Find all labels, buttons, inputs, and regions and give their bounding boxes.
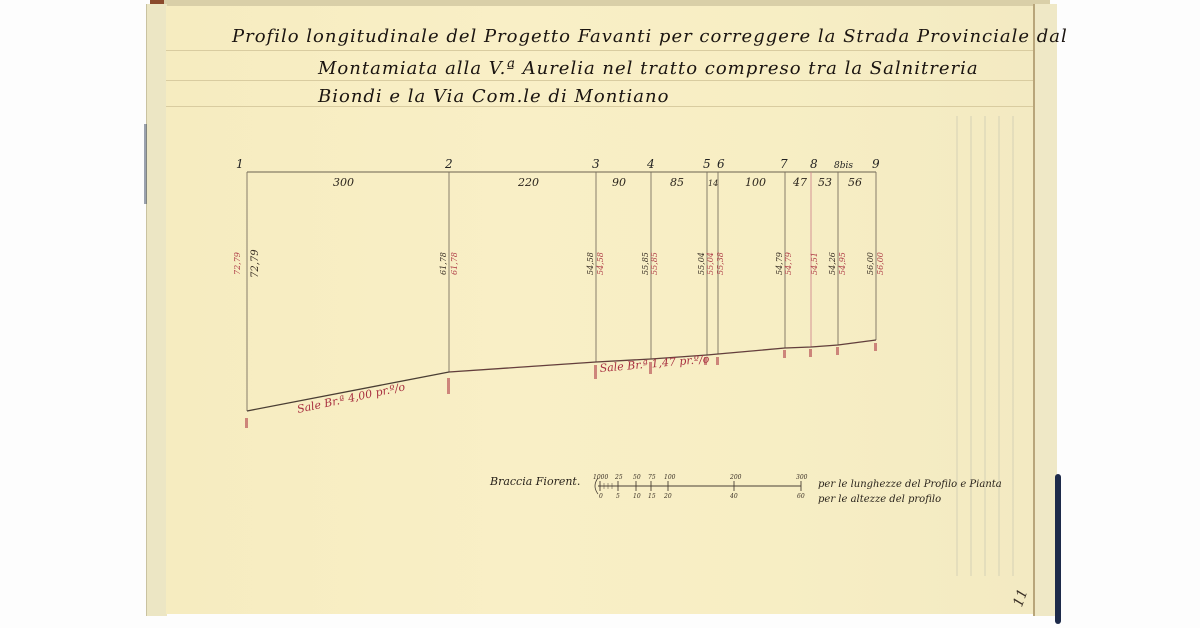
elevation-black: 72,79 bbox=[250, 249, 261, 278]
distance-label: 100 bbox=[745, 176, 766, 189]
distance-label: 47 bbox=[792, 176, 807, 189]
scale-legend-line-1: per le lunghezze del Profilo e Pianta bbox=[818, 479, 1002, 490]
elevation-black: 54,26 bbox=[828, 252, 837, 275]
distance-label: 220 bbox=[517, 176, 539, 189]
station-number: 5 bbox=[703, 157, 711, 171]
elevation-black: 55,85 bbox=[641, 252, 650, 275]
elevation-black: 54,79 bbox=[775, 252, 784, 275]
scale-tick-top: 25 bbox=[614, 474, 623, 481]
scale-tick-top: 75 bbox=[648, 474, 656, 481]
station-number: 9 bbox=[872, 157, 880, 171]
elevation-red: 56,00 bbox=[876, 252, 885, 275]
distance-label: 53 bbox=[818, 176, 832, 189]
elevation-red: 55,85 bbox=[650, 252, 659, 275]
scale-tick-bottom: 20 bbox=[663, 493, 672, 500]
elevation-red: 54,58 bbox=[596, 252, 605, 275]
station-number: 8 bbox=[810, 157, 818, 171]
elevation-black: 61,78 bbox=[439, 252, 448, 275]
scale-tick-bottom: 5 bbox=[616, 493, 620, 500]
elevation-red: 54,51 bbox=[810, 252, 819, 275]
station-numbers: 1 2 3 4 5 6 7 8 8bis 9 bbox=[236, 157, 880, 171]
bottom-elevation-marks bbox=[245, 343, 877, 428]
scale-tick-bottom: 15 bbox=[648, 493, 656, 500]
scale-tick-bottom: 10 bbox=[633, 493, 641, 500]
scale-tick-top: 200 bbox=[729, 474, 742, 481]
elevation-red: 72,79 bbox=[233, 252, 242, 275]
scale-tick-bottom: 60 bbox=[797, 493, 805, 500]
scale-tick-bottom: 40 bbox=[729, 493, 738, 500]
scale-tick-top: 50 bbox=[633, 474, 641, 481]
station-number: 2 bbox=[444, 157, 453, 171]
elevation-red: 54,79 bbox=[784, 252, 793, 275]
scale-tick-top: 1000 bbox=[593, 474, 608, 481]
scale-bar: Braccia Fiorent. 1000 25 50 75 100 200 3… bbox=[489, 474, 1002, 505]
scale-legend-line-2: per le altezze del profilo bbox=[818, 494, 941, 505]
station-number: 7 bbox=[780, 157, 788, 171]
distance-labels: 300 220 90 85 14 100 47 53 56 bbox=[333, 176, 862, 189]
elevation-black: 54,58 bbox=[586, 252, 595, 275]
distance-label: 14 bbox=[708, 179, 718, 188]
station-number: 3 bbox=[592, 157, 600, 171]
elevation-black: 55,04 bbox=[697, 252, 706, 275]
elevation-labels: 72,79 72,79 61,78 61,78 54,58 54,58 55,8… bbox=[233, 249, 885, 278]
station-lines bbox=[247, 172, 876, 411]
station-number: 1 bbox=[236, 157, 244, 171]
scale-tick-top: 300 bbox=[796, 474, 808, 481]
station-number: 4 bbox=[646, 157, 655, 171]
elevation-red: 55,04 bbox=[706, 252, 715, 275]
station-number: 8bis bbox=[834, 161, 853, 171]
scale-tick-bottom: 0 bbox=[599, 493, 603, 500]
distance-label: 300 bbox=[333, 176, 354, 189]
distance-label: 85 bbox=[670, 176, 684, 189]
grade-label-2: Sale Br.ª 1,47 pr.º/o bbox=[599, 352, 710, 375]
distance-label: 56 bbox=[848, 176, 862, 189]
scale-label: Braccia Fiorent. bbox=[489, 475, 580, 488]
elevation-black: 56,00 bbox=[866, 252, 875, 275]
distance-label: 90 bbox=[612, 176, 626, 189]
elevation-red: 61,78 bbox=[450, 252, 459, 275]
station-number: 6 bbox=[717, 157, 725, 171]
scale-tick-top: 100 bbox=[664, 474, 676, 481]
profile-drawing: 1 2 3 4 5 6 7 8 8bis 9 300 220 90 85 14 … bbox=[0, 0, 1200, 628]
elevation-red: 55,38 bbox=[716, 252, 725, 275]
elevation-red: 54,95 bbox=[838, 252, 847, 275]
